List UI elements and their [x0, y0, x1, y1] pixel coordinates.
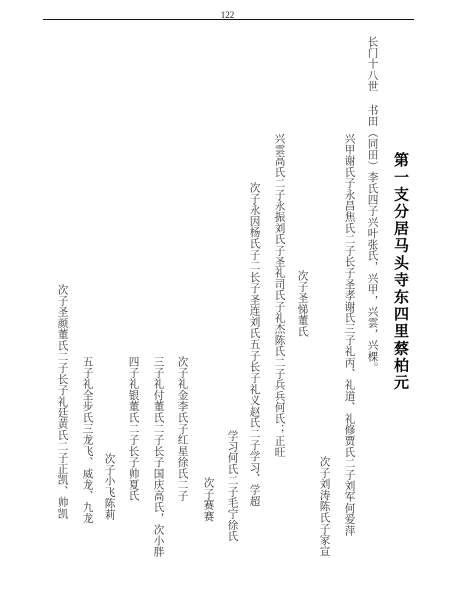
section-title: 第一支分居马头寺东四里蔡柏元 [393, 152, 408, 391]
text-column: 次子礼金李氏子红星徐氏二子 [177, 356, 188, 502]
text-column: 兴甲谢氏子永昌焦氏二子长子圣孝谢氏三子礼丙、礼道、礼修贾氏二子刘军何爱萍 [344, 133, 355, 536]
text-column: 次子刘涛陈氏子家宣 [319, 456, 330, 557]
text-column: 四子礼银董氏二子长子帅夏氏 [128, 356, 139, 502]
text-column: 五子礼全步氏三龙飞、威龙、九龙 [82, 356, 93, 524]
text-column: 兴雲高氏二子永振刘氏子圣礼司氏子礼杰陈氏二子兵兵何氏；正旺 [274, 133, 285, 458]
text-column: 次子圣悌董氏 [297, 270, 308, 337]
text-column: 次子圣颜董氏二子长子礼廷黄氏二子正凯、帅凯 [57, 284, 68, 519]
text-column: 长门十八世 书田（同田）李氏四子兴叶张氏，兴甲，兴雲，兴棵。 [367, 36, 378, 373]
text-column: 次子小飞陈莉 [104, 453, 115, 520]
header-rule [43, 19, 414, 20]
text-column: 次子永因杨氏子二长子圣连刘氏五子长子礼义赵氏二子学习、学超 [249, 182, 260, 507]
text-column: 学习何氏二子毛宁徐氏 [227, 430, 238, 542]
text-column: 次子赛赛 [203, 477, 214, 522]
text-column: 三子礼付董氏二子长子国庆高氏，次小胖 [153, 356, 164, 558]
